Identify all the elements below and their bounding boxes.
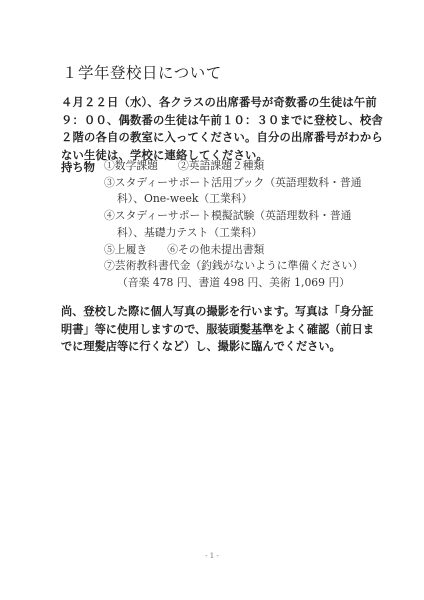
items-row-5: ⑤上履き⑥その他未提出書類 [104, 242, 363, 259]
item-english-assignments: ②英語課題２種類 [178, 159, 264, 172]
intro-line: ４月２２日（水）、各クラスの出席番号が奇数番の生徒は午前 [61, 94, 371, 112]
page-number: - 1 - [0, 552, 424, 560]
note-line: でに理髪店等に行くなど）し、撮影に臨んでください。 [61, 338, 373, 356]
item-study-support-book: ③スタディーサポート活用ブック（英語理数科・普通 [104, 175, 363, 192]
intro-paragraph: ４月２２日（水）、各クラスの出席番号が奇数番の生徒は午前 ９：００、偶数番の生徒… [61, 94, 371, 164]
note-line: 明書」等に使用しますので、服装頭髪基準をよく確認（前日ま [61, 321, 373, 339]
item-math-assignment: ①数学課題 [104, 159, 158, 172]
item-mock-exam: ④スタディーサポート模擬試験（英語理数科・普通 [104, 208, 363, 225]
items-label: 持ち物 [61, 159, 95, 175]
item-mock-exam-cont: 科）、基礎力テスト（工業科） [104, 225, 363, 242]
photo-note-paragraph: 尚、登校した際に個人写真の撮影を行います。写真は「身分証 明書」等に使用しますの… [61, 303, 373, 356]
items-row-1: ①数学課題②英語課題２種類 [104, 158, 363, 175]
item-indoor-shoes: ⑤上履き [104, 243, 147, 256]
item-other-documents: ⑥その他未提出書類 [167, 243, 264, 256]
item-art-textbook-fee-prices: （音楽 478 円、書道 498 円、美術 1,069 円） [104, 275, 363, 292]
items-list: ①数学課題②英語課題２種類 ③スタディーサポート活用ブック（英語理数科・普通 科… [104, 158, 363, 292]
intro-line: ９：００、偶数番の生徒は午前１０：３０までに登校し、校舎 [61, 112, 371, 130]
note-line: 尚、登校した際に個人写真の撮影を行います。写真は「身分証 [61, 303, 373, 321]
item-art-textbook-fee: ⑦芸術教科書代金（釣銭がないように準備ください） [104, 258, 363, 275]
document-title: １学年登校日について [62, 61, 222, 83]
document-page: １学年登校日について ４月２２日（水）、各クラスの出席番号が奇数番の生徒は午前 … [0, 0, 424, 600]
intro-line: ２階の各自の教室に入ってください。自分の出席番号がわから [61, 129, 371, 147]
item-study-support-book-cont: 科）、One-week（工業科） [104, 191, 363, 208]
